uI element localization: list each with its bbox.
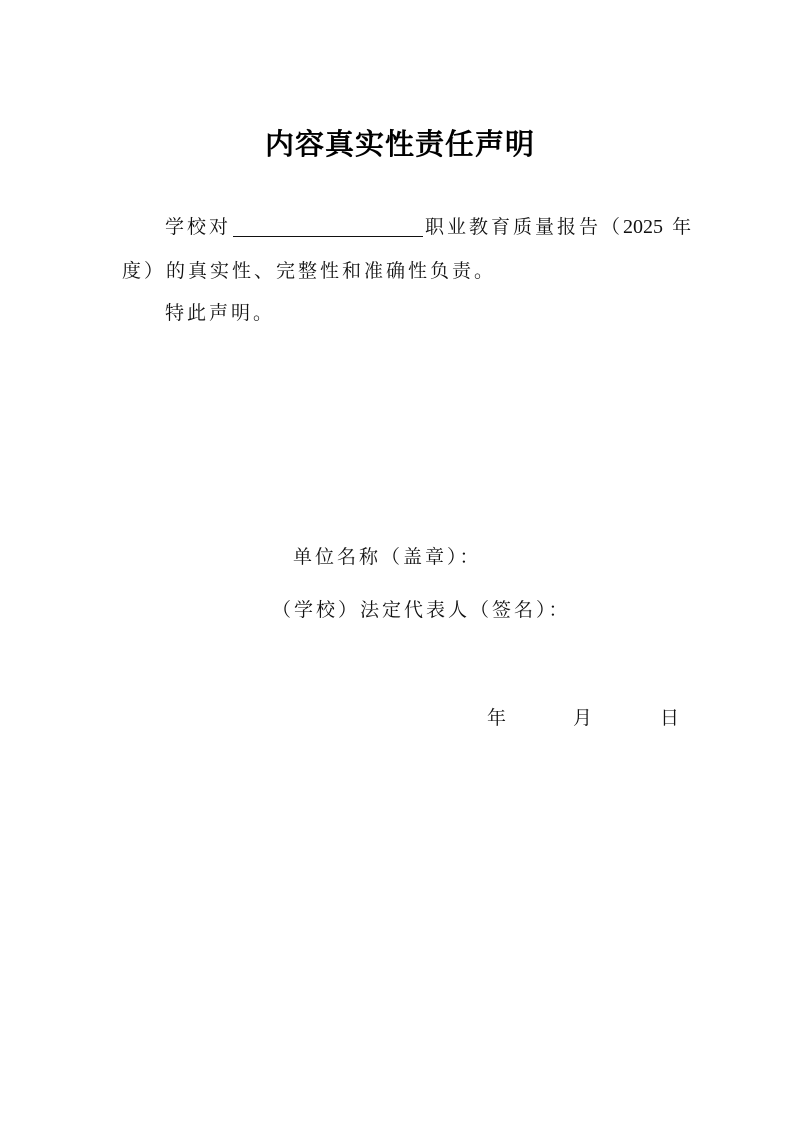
paragraph-1-line-1: 学校对职业教育质量报告（2025 年 (165, 212, 694, 239)
school-name-blank[interactable] (233, 216, 423, 237)
paragraph-1-line-2: 度）的真实性、完整性和准确性负责。 (122, 256, 496, 283)
legal-representative-signature-label: （学校）法定代表人（签名）： (272, 595, 571, 622)
year-suffix: 年 (663, 216, 694, 238)
report-name: 职业教育质量报告（ (425, 216, 623, 238)
report-year: 2025 (623, 216, 663, 238)
declaration-statement: 特此声明。 (165, 298, 275, 325)
date-day-label: 日 (660, 703, 682, 730)
unit-name-stamp-label: 单位名称（盖章）： (293, 542, 482, 569)
page-title: 内容真实性责任声明 (0, 122, 800, 163)
date-year-label: 年 (487, 703, 509, 730)
school-prefix: 学校对 (165, 216, 231, 238)
date-month-label: 月 (573, 703, 595, 730)
